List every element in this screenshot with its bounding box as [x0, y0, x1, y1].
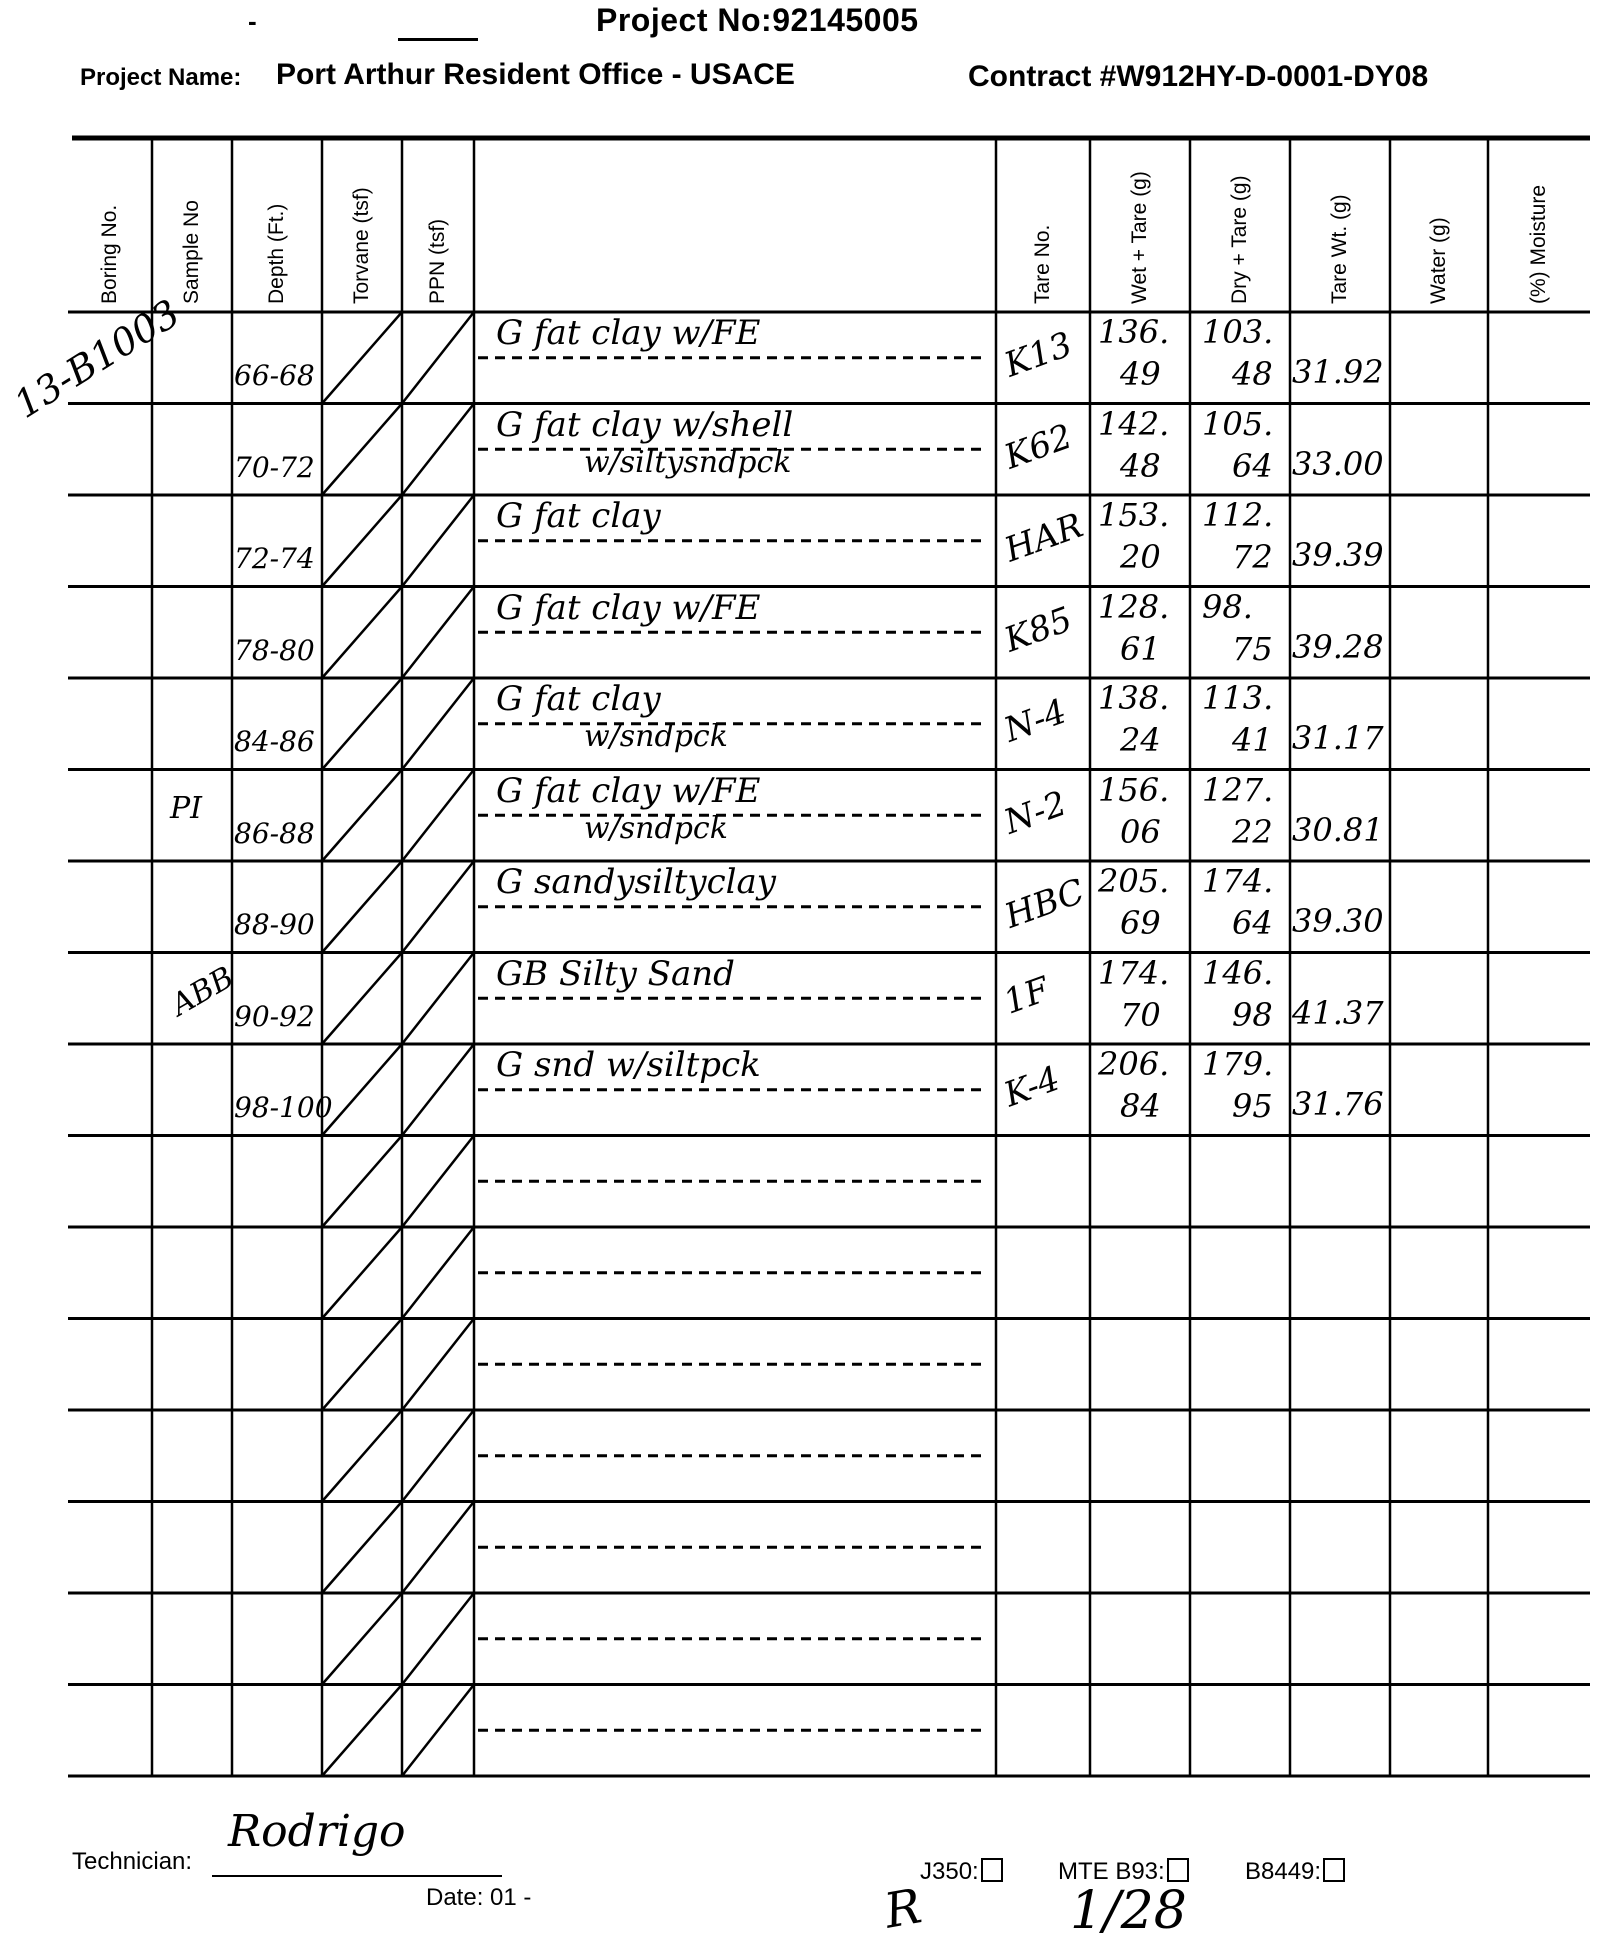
wet-tare-cell-int[interactable]: 206. — [1098, 1048, 1169, 1080]
dry-tare-cell-int[interactable]: 105. — [1202, 408, 1273, 440]
checkbox-j350[interactable]: J350: — [920, 1858, 1003, 1886]
date-label: Date: 01 - — [426, 1884, 531, 1912]
wet-tare-cell-int[interactable]: 136. — [1098, 316, 1169, 348]
depth-cell[interactable]: 98-100 — [234, 1094, 333, 1122]
date-label-text: Date: — [426, 1884, 483, 1911]
column-header-water: Water (g) — [1428, 217, 1449, 304]
dry-tare-cell-dec[interactable]: 48 — [1232, 358, 1273, 390]
dry-tare-cell-dec[interactable]: 41 — [1232, 724, 1273, 756]
description-line-1[interactable]: G fat clay w/FE — [496, 774, 760, 808]
description-line-1[interactable]: G fat clay — [496, 499, 661, 533]
depth-cell[interactable]: 88-90 — [234, 911, 315, 939]
tare-weight-cell[interactable]: 31.17 — [1292, 722, 1384, 754]
dry-tare-cell-dec[interactable]: 64 — [1232, 907, 1273, 939]
description-line-1[interactable]: G fat clay w/shell — [496, 408, 793, 442]
handwritten-date: 1/28 — [1070, 1885, 1187, 1937]
dry-tare-cell-int[interactable]: 113. — [1202, 682, 1273, 714]
wet-tare-cell-dec[interactable]: 06 — [1120, 816, 1161, 848]
dry-tare-cell-dec[interactable]: 22 — [1232, 816, 1273, 848]
description-line-1[interactable]: G fat clay w/FE — [496, 316, 760, 350]
dry-tare-cell-int[interactable]: 98. — [1202, 591, 1253, 623]
wet-tare-cell-int[interactable]: 142. — [1098, 408, 1169, 440]
dry-tare-cell-int[interactable]: 174. — [1202, 865, 1273, 897]
tare-weight-cell[interactable]: 41.37 — [1292, 997, 1384, 1029]
technician-signature[interactable]: Rodrigo — [228, 1810, 406, 1854]
technician-label: Technician: — [72, 1848, 192, 1876]
tare-weight-cell[interactable]: 31.92 — [1292, 356, 1384, 388]
wet-tare-cell-dec[interactable]: 20 — [1120, 541, 1161, 573]
date-value: 01 - — [490, 1884, 531, 1911]
description-line-1[interactable]: G snd w/siltpck — [496, 1048, 761, 1082]
wet-tare-cell-dec[interactable]: 48 — [1120, 450, 1161, 482]
dry-tare-cell-dec[interactable]: 64 — [1232, 450, 1273, 482]
checkbox-j350-label: J350: — [920, 1858, 979, 1885]
wet-tare-cell-dec[interactable]: 84 — [1120, 1090, 1161, 1122]
dry-tare-cell-int[interactable]: 179. — [1202, 1048, 1273, 1080]
depth-cell[interactable]: 78-80 — [234, 637, 315, 665]
description-line-2[interactable]: w/siltysndpck — [584, 448, 791, 478]
checkbox-b8449-label: B8449: — [1245, 1858, 1321, 1885]
depth-cell[interactable]: 66-68 — [234, 362, 315, 390]
description-line-2[interactable]: w/sndpck — [584, 814, 728, 844]
dry-tare-cell-dec[interactable]: 98 — [1232, 999, 1273, 1031]
tare-weight-cell[interactable]: 30.81 — [1292, 814, 1384, 846]
tare-weight-cell[interactable]: 39.28 — [1292, 631, 1384, 663]
column-header-torvane: Torvane (tsf) — [351, 187, 372, 304]
depth-cell[interactable]: 72-74 — [234, 545, 315, 573]
wet-tare-cell-int[interactable]: 174. — [1098, 957, 1169, 989]
checkbox-b8449[interactable]: B8449: — [1245, 1858, 1345, 1886]
log-table-grid — [0, 0, 1608, 1956]
column-header-wet-tare: Wet + Tare (g) — [1129, 171, 1150, 304]
checkbox-icon[interactable] — [1323, 1858, 1345, 1882]
wet-tare-cell-int[interactable]: 153. — [1098, 499, 1169, 531]
wet-tare-cell-dec[interactable]: 70 — [1120, 999, 1161, 1031]
column-header-dry-tare: Dry + Tare (g) — [1229, 175, 1250, 304]
depth-cell[interactable]: 86-88 — [234, 820, 315, 848]
description-line-1[interactable]: G fat clay w/FE — [496, 591, 760, 625]
checkbox-icon[interactable] — [981, 1858, 1003, 1882]
column-header-sample-no: Sample No — [181, 200, 202, 304]
wet-tare-cell-dec[interactable]: 69 — [1120, 907, 1161, 939]
tare-weight-cell[interactable]: 33.00 — [1292, 448, 1384, 480]
dry-tare-cell-int[interactable]: 127. — [1202, 774, 1273, 806]
column-header-tare-wt: Tare Wt. (g) — [1329, 194, 1350, 304]
depth-cell[interactable]: 70-72 — [234, 454, 315, 482]
column-header-boring-no: Boring No. — [99, 205, 120, 304]
description-line-1[interactable]: G fat clay — [496, 682, 661, 716]
description-line-1[interactable]: GB Silty Sand — [496, 957, 735, 991]
wet-tare-cell-int[interactable]: 138. — [1098, 682, 1169, 714]
column-header-ppn: PPN (tsf) — [427, 219, 448, 304]
dry-tare-cell-int[interactable]: 112. — [1202, 499, 1273, 531]
dry-tare-cell-dec[interactable]: 75 — [1232, 633, 1273, 665]
wet-tare-cell-int[interactable]: 156. — [1098, 774, 1169, 806]
depth-cell[interactable]: 84-86 — [234, 728, 315, 756]
column-header-depth: Depth (Ft.) — [266, 204, 287, 304]
wet-tare-cell-dec[interactable]: 61 — [1120, 633, 1161, 665]
description-line-2[interactable]: w/sndpck — [584, 722, 728, 752]
tare-weight-cell[interactable]: 39.30 — [1292, 905, 1384, 937]
dry-tare-cell-int[interactable]: 103. — [1202, 316, 1273, 348]
wet-tare-cell-int[interactable]: 128. — [1098, 591, 1169, 623]
tare-weight-cell[interactable]: 31.76 — [1292, 1088, 1384, 1120]
dry-tare-cell-dec[interactable]: 95 — [1232, 1090, 1273, 1122]
dry-tare-cell-int[interactable]: 146. — [1202, 957, 1273, 989]
dry-tare-cell-dec[interactable]: 72 — [1232, 541, 1273, 573]
wet-tare-cell-dec[interactable]: 24 — [1120, 724, 1161, 756]
sample-number-cell[interactable]: PI — [170, 794, 202, 824]
wet-tare-cell-dec[interactable]: 49 — [1120, 358, 1161, 390]
checkbox-icon[interactable] — [1167, 1858, 1189, 1882]
technician-signature-line — [212, 1875, 502, 1877]
column-header-tare-no: Tare No. — [1032, 225, 1053, 304]
tare-weight-cell[interactable]: 39.39 — [1292, 539, 1384, 571]
depth-cell[interactable]: 90-92 — [234, 1003, 315, 1031]
description-line-1[interactable]: G sandysiltyclay — [496, 865, 776, 899]
wet-tare-cell-int[interactable]: 205. — [1098, 865, 1169, 897]
column-header-moisture: (%) Moisture — [1528, 185, 1549, 304]
